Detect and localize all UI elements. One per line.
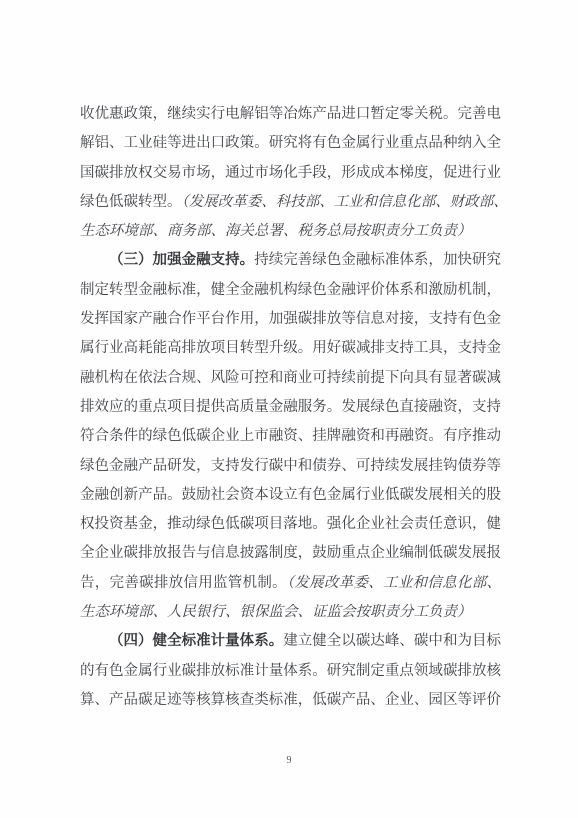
text-line: 金融创新产品。鼓励社会资本设立有色金属行业低碳发展相关的股: [80, 481, 501, 510]
text-segment-song: 国碳排放权交易市场，通过市场化手段，形成成本梯度，促进行业: [80, 165, 501, 181]
text-line: 绿色低碳转型。（发展改革委、科技部、工业和信息化部、财政部、: [80, 188, 501, 217]
text-line: 生态环境部、人民银行、银保监会、证监会按职责分工负责）: [80, 598, 501, 627]
text-segment-song: 权投资基金，推动绿色低碳项目落地。强化企业社会责任意识，健: [80, 516, 501, 532]
document-page: 收优惠政策，继续实行电解铝等冶炼产品进口暂定零关税。完善电解铝、工业硅等进出口政…: [0, 0, 578, 818]
text-line: 排效应的重点项目提供高质量金融服务。发展绿色直接融资，支持: [80, 393, 501, 422]
text-segment-song: 金融创新产品。鼓励社会资本设立有色金属行业低碳发展相关的股: [80, 487, 501, 503]
text-line: 绿色金融产品研发，支持发行碳中和债券、可持续发展挂钩债券等: [80, 452, 501, 481]
text-line: 收优惠政策，继续实行电解铝等冶炼产品进口暂定零关税。完善电: [80, 100, 501, 129]
text-segment-kai: （发展改革委、工业和信息化部、: [287, 575, 501, 591]
text-segment-song: 收优惠政策，继续实行电解铝等冶炼产品进口暂定零关税。完善电: [80, 106, 501, 122]
text-segment-bold: （三）加强金融支持。: [109, 252, 254, 268]
text-segment-song: 融机构在依法合规、风险可控和商业可持续前提下向具有显著碳减: [80, 370, 501, 386]
text-segment-song: 符合条件的绿色低碳企业上市融资、挂牌融资和再融资。有序推动: [80, 428, 501, 444]
text-segment-song: 告，完善碳排放信用监管机制。: [80, 575, 287, 591]
text-segment-song: 排效应的重点项目提供高质量金融服务。发展绿色直接融资，支持: [80, 399, 501, 415]
text-segment-bold: （四）健全标准计量体系。: [109, 633, 283, 649]
text-segment-song: 的有色金属行业碳排放标准计量体系。研究制定重点领域碳排放核: [80, 663, 501, 679]
text-segment-song: 绿色金融产品研发，支持发行碳中和债券、可持续发展挂钩债券等: [80, 458, 501, 474]
text-line: 的有色金属行业碳排放标准计量体系。研究制定重点领域碳排放核: [80, 657, 501, 686]
page-number: 9: [0, 755, 578, 766]
text-segment-kai: 生态环境部、人民银行、银保监会、证监会按职责分工负责）: [80, 604, 472, 620]
text-segment-song: 全企业碳排放报告与信息披露制度，鼓励重点企业编制低碳发展报: [80, 545, 501, 561]
text-line: 符合条件的绿色低碳企业上市融资、挂牌融资和再融资。有序推动: [80, 422, 501, 451]
text-segment-kai: （发展改革委、科技部、工业和信息化部、财政部、: [182, 194, 508, 210]
text-segment-song: 解铝、工业硅等进出口政策。研究将有色金属行业重点品种纳入全: [80, 135, 501, 151]
text-line: 国碳排放权交易市场，通过市场化手段，形成成本梯度，促进行业: [80, 159, 501, 188]
text-segment-song: 发挥国家产融合作平台作用，加强碳排放等信息对接，支持有色金: [80, 311, 501, 327]
text-line: 算、产品碳足迹等核算核查类标准，低碳产品、企业、园区等评价: [80, 686, 501, 715]
text-segment-song: 绿色低碳转型。: [80, 194, 182, 210]
text-segment-song: 算、产品碳足迹等核算核查类标准，低碳产品、企业、园区等评价: [80, 692, 501, 708]
text-line: （三）加强金融支持。持续完善绿色金融标准体系，加快研究: [80, 246, 501, 275]
text-line: 生态环境部、商务部、海关总署、税务总局按职责分工负责）: [80, 217, 501, 246]
text-segment-song: 持续完善绿色金融标准体系，加快研究: [254, 252, 501, 268]
text-segment-song: 建立健全以碳达峰、碳中和为目标: [283, 633, 501, 649]
text-line: 权投资基金，推动绿色低碳项目落地。强化企业社会责任意识，健: [80, 510, 501, 539]
text-segment-song: 制定转型金融标准，健全金融机构绿色金融评价体系和激励机制，: [80, 282, 501, 298]
text-segment-kai: 生态环境部、商务部、海关总署、税务总局按职责分工负责）: [80, 223, 472, 239]
text-block: 收优惠政策，继续实行电解铝等冶炼产品进口暂定零关税。完善电解铝、工业硅等进出口政…: [80, 100, 501, 715]
text-line: 融机构在依法合规、风险可控和商业可持续前提下向具有显著碳减: [80, 364, 501, 393]
text-line: 全企业碳排放报告与信息披露制度，鼓励重点企业编制低碳发展报: [80, 539, 501, 568]
text-line: 告，完善碳排放信用监管机制。（发展改革委、工业和信息化部、: [80, 569, 501, 598]
text-segment-song: 属行业高耗能高排放项目转型升级。用好碳减排支持工具，支持金: [80, 340, 501, 356]
text-line: 制定转型金融标准，健全金融机构绿色金融评价体系和激励机制，: [80, 276, 501, 305]
text-line: 属行业高耗能高排放项目转型升级。用好碳减排支持工具，支持金: [80, 334, 501, 363]
text-line: 解铝、工业硅等进出口政策。研究将有色金属行业重点品种纳入全: [80, 129, 501, 158]
text-line: 发挥国家产融合作平台作用，加强碳排放等信息对接，支持有色金: [80, 305, 501, 334]
text-line: （四）健全标准计量体系。建立健全以碳达峰、碳中和为目标: [80, 627, 501, 656]
